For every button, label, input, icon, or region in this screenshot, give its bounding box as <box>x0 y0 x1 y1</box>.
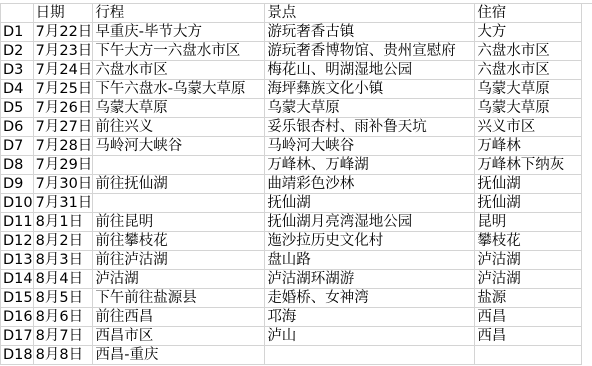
cell-day[interactable]: D2 <box>1 42 34 61</box>
table-row: D148月4日泸沽湖泸沽湖环湖游泸沽湖 <box>1 270 582 289</box>
table-row: D107月31日抚仙湖抚仙湖 <box>1 194 582 213</box>
cell-sights[interactable]: 海坪彝族文化小镇 <box>265 80 475 99</box>
table-row: D27月23日下午大方一六盘水市区游玩奢香博物馆、贵州宣慰府六盘水市区 <box>1 42 582 61</box>
cell-sights[interactable]: 走婚桥、女神湾 <box>265 289 475 308</box>
cell-date[interactable]: 7月28日 <box>33 137 93 156</box>
cell-sights[interactable]: 游玩奢香古镇 <box>265 23 475 42</box>
cell-day[interactable]: D18 <box>1 346 34 365</box>
itinerary-spreadsheet: 日期 行程 景点 住宿 D17月22日早重庆-毕节大方游玩奢香古镇大方D27月2… <box>0 3 582 365</box>
cell-route[interactable]: 泸沽湖 <box>93 270 265 289</box>
cell-sights[interactable]: 乌蒙大草原 <box>265 99 475 118</box>
cell-day[interactable]: D4 <box>1 80 34 99</box>
cell-day[interactable]: D6 <box>1 118 34 137</box>
cell-sights[interactable]: 盘山路 <box>265 251 475 270</box>
table-row: D178月7日西昌市区泸山西昌 <box>1 327 582 346</box>
cell-day[interactable]: D15 <box>1 289 34 308</box>
cell-date[interactable]: 7月25日 <box>33 80 93 99</box>
cell-lodging[interactable]: 抚仙湖 <box>475 194 582 213</box>
table-row: D128月2日前往攀枝花迤沙拉历史文化村攀枝花 <box>1 232 582 251</box>
cell-date[interactable]: 8月1日 <box>33 213 93 232</box>
cell-lodging[interactable]: 兴义市区 <box>475 118 582 137</box>
cell-date[interactable]: 8月4日 <box>33 270 93 289</box>
cell-route[interactable]: 前往昆明 <box>93 213 265 232</box>
cell-sights[interactable]: 邛海 <box>265 308 475 327</box>
cell-lodging[interactable]: 昆明 <box>475 213 582 232</box>
table-row: D87月29日万峰林、万峰湖万峰林下纳灰 <box>1 156 582 175</box>
cell-lodging[interactable]: 乌蒙大草原 <box>475 99 582 118</box>
header-cell-date[interactable]: 日期 <box>33 4 93 23</box>
cell-day[interactable]: D12 <box>1 232 34 251</box>
cell-day[interactable]: D8 <box>1 156 34 175</box>
table-row: D97月30日前往抚仙湖曲靖彩色沙林抚仙湖 <box>1 175 582 194</box>
cell-route[interactable]: 前往攀枝花 <box>93 232 265 251</box>
cell-sights[interactable]: 梅花山、明湖湿地公园 <box>265 61 475 80</box>
cell-lodging[interactable]: 攀枝花 <box>475 232 582 251</box>
cell-date[interactable]: 7月23日 <box>33 42 93 61</box>
cell-lodging[interactable]: 万峰林 <box>475 137 582 156</box>
cell-route[interactable]: 前往兴义 <box>93 118 265 137</box>
cell-day[interactable]: D17 <box>1 327 34 346</box>
table-row: D158月5日下午前往盐源县走婚桥、女神湾盐源 <box>1 289 582 308</box>
table-row: D138月3日前往泸沽湖盘山路泸沽湖 <box>1 251 582 270</box>
cell-sights[interactable]: 抚仙湖月亮湾湿地公园 <box>265 213 475 232</box>
cell-sights[interactable] <box>265 346 475 365</box>
cell-lodging[interactable]: 西昌 <box>475 308 582 327</box>
cell-date[interactable]: 7月22日 <box>33 23 93 42</box>
cell-route[interactable]: 早重庆-毕节大方 <box>93 23 265 42</box>
table-row: D37月24日六盘水市区梅花山、明湖湿地公园六盘水市区 <box>1 61 582 80</box>
cell-route[interactable] <box>93 156 265 175</box>
cell-sights[interactable]: 妥乐银杏村、雨补鲁天坑 <box>265 118 475 137</box>
header-cell-day[interactable] <box>1 4 34 23</box>
sheet-body: 日期 行程 景点 住宿 D17月22日早重庆-毕节大方游玩奢香古镇大方D27月2… <box>1 4 582 365</box>
cell-route[interactable]: 乌蒙大草原 <box>93 99 265 118</box>
cell-day[interactable]: D14 <box>1 270 34 289</box>
cell-route[interactable]: 前往泸沽湖 <box>93 251 265 270</box>
table-row: D118月1日前往昆明抚仙湖月亮湾湿地公园昆明 <box>1 213 582 232</box>
table-row: D57月26日乌蒙大草原乌蒙大草原乌蒙大草原 <box>1 99 582 118</box>
cell-route[interactable] <box>93 194 265 213</box>
cell-date[interactable]: 7月24日 <box>33 61 93 80</box>
table-row: D67月27日前往兴义妥乐银杏村、雨补鲁天坑兴义市区 <box>1 118 582 137</box>
cell-sights[interactable]: 泸沽湖环湖游 <box>265 270 475 289</box>
cell-day[interactable]: D3 <box>1 61 34 80</box>
header-row: 日期 行程 景点 住宿 <box>1 4 582 23</box>
cell-lodging[interactable]: 六盘水市区 <box>475 42 582 61</box>
cell-route[interactable]: 前往抚仙湖 <box>93 175 265 194</box>
cell-date[interactable]: 7月30日 <box>33 175 93 194</box>
table-row: D77月28日马岭河大峡谷马岭河大峡谷万峰林 <box>1 137 582 156</box>
cell-lodging[interactable] <box>475 346 582 365</box>
cell-date[interactable]: 8月2日 <box>33 232 93 251</box>
cell-route[interactable]: 下午大方一六盘水市区 <box>93 42 265 61</box>
cell-date[interactable]: 8月3日 <box>33 251 93 270</box>
cell-sights[interactable]: 马岭河大峡谷 <box>265 137 475 156</box>
cell-route[interactable]: 六盘水市区 <box>93 61 265 80</box>
cell-day[interactable]: D10 <box>1 194 34 213</box>
cell-lodging[interactable]: 西昌 <box>475 327 582 346</box>
table-row: D47月25日下午六盘水-乌蒙大草原海坪彝族文化小镇乌蒙大草原 <box>1 80 582 99</box>
table-row: D17月22日早重庆-毕节大方游玩奢香古镇大方 <box>1 23 582 42</box>
cell-sights[interactable]: 万峰林、万峰湖 <box>265 156 475 175</box>
cell-day[interactable]: D13 <box>1 251 34 270</box>
table-row: D188月8日西昌-重庆 <box>1 346 582 365</box>
cell-route[interactable]: 下午前往盐源县 <box>93 289 265 308</box>
cell-day[interactable]: D5 <box>1 99 34 118</box>
cell-lodging[interactable]: 抚仙湖 <box>475 175 582 194</box>
cell-sights[interactable]: 曲靖彩色沙林 <box>265 175 475 194</box>
cell-date[interactable]: 8月8日 <box>33 346 93 365</box>
header-cell-lodging[interactable]: 住宿 <box>475 4 582 23</box>
cell-route[interactable]: 前往西昌 <box>93 308 265 327</box>
cell-date[interactable]: 7月31日 <box>33 194 93 213</box>
cell-lodging[interactable]: 乌蒙大草原 <box>475 80 582 99</box>
cell-date[interactable]: 8月6日 <box>33 308 93 327</box>
cell-date[interactable]: 7月26日 <box>33 99 93 118</box>
header-cell-route[interactable]: 行程 <box>93 4 265 23</box>
cell-day[interactable]: D7 <box>1 137 34 156</box>
table-row: D168月6日前往西昌邛海西昌 <box>1 308 582 327</box>
cell-lodging[interactable]: 六盘水市区 <box>475 61 582 80</box>
cell-date[interactable]: 8月5日 <box>33 289 93 308</box>
cell-date[interactable]: 7月29日 <box>33 156 93 175</box>
cell-sights[interactable]: 泸山 <box>265 327 475 346</box>
cell-date[interactable]: 8月7日 <box>33 327 93 346</box>
cell-day[interactable]: D16 <box>1 308 34 327</box>
cell-lodging[interactable]: 泸沽湖 <box>475 270 582 289</box>
cell-date[interactable]: 7月27日 <box>33 118 93 137</box>
cell-route[interactable]: 西昌-重庆 <box>93 346 265 365</box>
cell-sights[interactable]: 迤沙拉历史文化村 <box>265 232 475 251</box>
cell-day[interactable]: D1 <box>1 23 34 42</box>
cell-sights[interactable]: 游玩奢香博物馆、贵州宣慰府 <box>265 42 475 61</box>
cell-lodging[interactable]: 大方 <box>475 23 582 42</box>
cell-sights[interactable]: 抚仙湖 <box>265 194 475 213</box>
cell-route[interactable]: 西昌市区 <box>93 327 265 346</box>
cell-route[interactable]: 下午六盘水-乌蒙大草原 <box>93 80 265 99</box>
cell-lodging[interactable]: 泸沽湖 <box>475 251 582 270</box>
cell-day[interactable]: D9 <box>1 175 34 194</box>
cell-lodging[interactable]: 万峰林下纳灰 <box>475 156 582 175</box>
header-cell-sights[interactable]: 景点 <box>265 4 475 23</box>
cell-route[interactable]: 马岭河大峡谷 <box>93 137 265 156</box>
cell-day[interactable]: D11 <box>1 213 34 232</box>
cell-lodging[interactable]: 盐源 <box>475 289 582 308</box>
